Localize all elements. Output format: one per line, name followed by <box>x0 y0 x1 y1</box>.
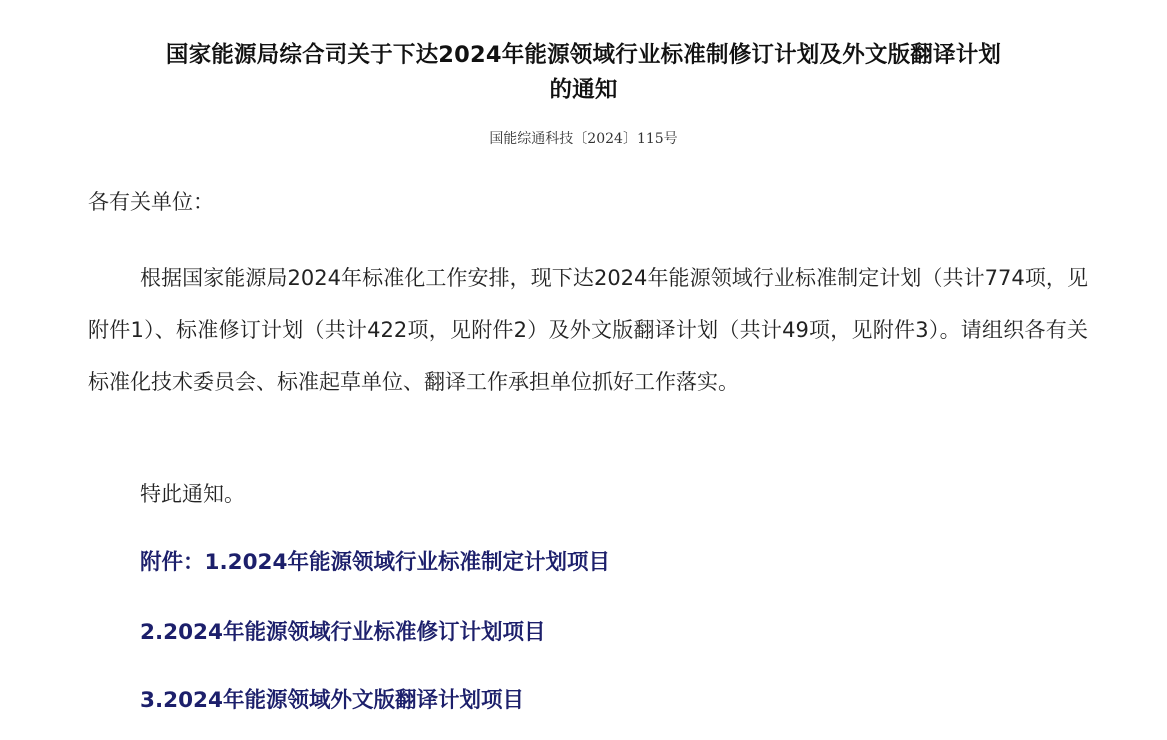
salutation: 各有关单位： <box>88 186 214 216</box>
body-paragraph: 根据国家能源局2024年标准化工作安排，现下达2024年能源领域行业标准制定计划… <box>88 252 1088 408</box>
document-title-line-2: 的通知 <box>60 73 1107 108</box>
document-title-line-1: 国家能源局综合司关于下达2024年能源领域行业标准制修订计划及外文版翻译计划 <box>60 38 1107 73</box>
attachment-link-2[interactable]: 2.2024年能源领域行业标准修订计划项目 <box>140 615 545 646</box>
document-number: 国能综通科技〔2024〕115号 <box>0 128 1167 148</box>
attachment-link-1[interactable]: 附件：1.2024年能源领域行业标准制定计划项目 <box>140 545 610 576</box>
attachment-link-3[interactable]: 3.2024年能源领域外文版翻译计划项目 <box>140 683 524 714</box>
document-title: 国家能源局综合司关于下达2024年能源领域行业标准制修订计划及外文版翻译计划 的… <box>60 38 1107 108</box>
notice-document: 国家能源局综合司关于下达2024年能源领域行业标准制修订计划及外文版翻译计划 的… <box>0 0 1167 740</box>
closing-line: 特此通知。 <box>140 478 245 508</box>
